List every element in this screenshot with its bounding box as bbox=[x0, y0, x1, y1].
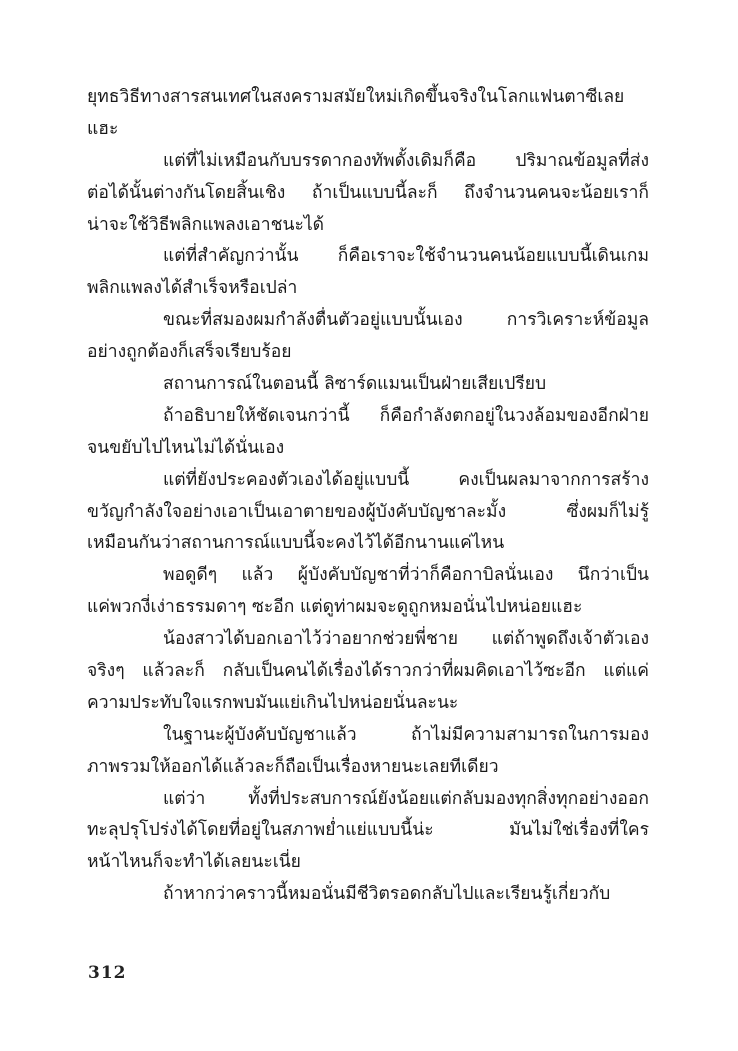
text-line: พอดูดีๆ แล้ว ผู้บังคับบัญชาที่ว่าก็คือกา… bbox=[87, 560, 649, 592]
text-line: แต่ที่ไม่เหมือนกับบรรดากองทัพดั้งเดิมก็ค… bbox=[87, 146, 649, 178]
text-line: แต่ว่า ทั้งที่ประสบการณ์ยังน้อยแต่กลับมอ… bbox=[87, 784, 649, 816]
text-line: จนขยับไปไหนไม่ได้นั่นเอง bbox=[87, 433, 649, 465]
body-text: ยุทธวิธีทางสารสนเทศในสงครามสมัยใหม่เกิดข… bbox=[87, 82, 649, 911]
text-line: พลิกแพลงได้สำเร็จหรือเปล่า bbox=[87, 273, 649, 305]
text-line: แฮะ bbox=[87, 114, 649, 146]
page-number: 312 bbox=[88, 963, 127, 983]
text-line: แค่พวกงี่เง่าธรรมดาๆ ซะอีก แต่ดูท่าผมจะด… bbox=[87, 592, 649, 624]
text-line: ถ้าอธิบายให้ชัดเจนกว่านี้ ก็คือกำลังตกอย… bbox=[87, 401, 649, 433]
text-line: ยุทธวิธีทางสารสนเทศในสงครามสมัยใหม่เกิดข… bbox=[87, 82, 649, 114]
text-line: ความประทับใจแรกพบมันแย่เกินไปหน่อยนั่นละ… bbox=[87, 688, 649, 720]
text-line: น่าจะใช้วิธีพลิกแพลงเอาชนะได้ bbox=[87, 210, 649, 242]
text-line: ในฐานะผู้บังคับบัญชาแล้ว ถ้าไม่มีความสาม… bbox=[87, 720, 649, 752]
text-line: แต่ที่ยังประคองตัวเองได้อยู่แบบนี้ คงเป็… bbox=[87, 465, 649, 497]
text-line: ขณะที่สมองผมกำลังตื่นตัวอยู่แบบนั้นเอง ก… bbox=[87, 305, 649, 337]
text-line: น้องสาวได้บอกเอาไว้ว่าอยากช่วยพี่ชาย แต่… bbox=[87, 624, 649, 656]
text-line: หน้าไหนก็จะทำได้เลยนะเนี่ย bbox=[87, 847, 649, 879]
book-page: ยุทธวิธีทางสารสนเทศในสงครามสมัยใหม่เกิดข… bbox=[0, 0, 738, 1051]
text-line: สถานการณ์ในตอนนี้ ลิซาร์ดแมนเป็นฝ่ายเสีย… bbox=[87, 369, 649, 401]
text-line: แต่ที่สำคัญกว่านั้น ก็คือเราจะใช้จำนวนคน… bbox=[87, 241, 649, 273]
text-line: ต่อได้นั้นต่างกันโดยสิ้นเชิง ถ้าเป็นแบบน… bbox=[87, 178, 649, 210]
text-line: ถ้าหากว่าคราวนี้หมอนั่นมีชีวิตรอดกลับไปแ… bbox=[87, 879, 649, 911]
text-line: ทะลุปรุโปร่งได้โดยที่อยู่ในสภาพย่ำแย่แบบ… bbox=[87, 815, 649, 847]
text-line: ขวัญกำลังใจอย่างเอาเป็นเอาตายของผู้บังคั… bbox=[87, 497, 649, 529]
text-line: จริงๆ แล้วละก็ กลับเป็นคนได้เรื่องได้ราว… bbox=[87, 656, 649, 688]
text-line: ภาพรวมให้ออกได้แล้วละก็ถือเป็นเรื่องหายน… bbox=[87, 752, 649, 784]
text-line: อย่างถูกต้องก็เสร็จเรียบร้อย bbox=[87, 337, 649, 369]
text-line: เหมือนกันว่าสถานการณ์แบบนี้จะคงไว้ได้อีก… bbox=[87, 528, 649, 560]
